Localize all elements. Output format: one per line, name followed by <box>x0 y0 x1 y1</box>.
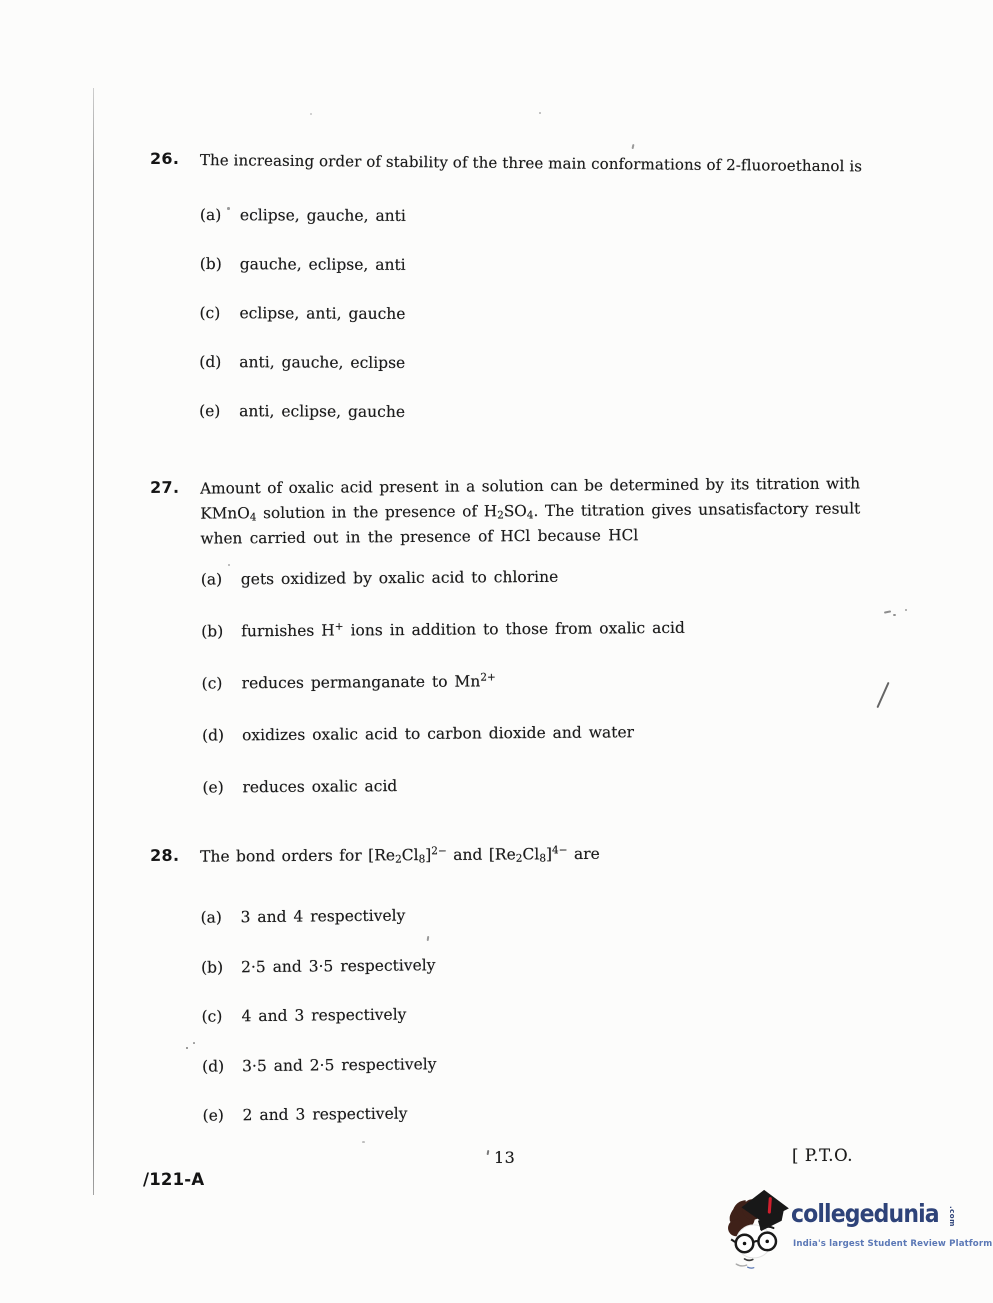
options-list: (a) eclipse, gauche, anti (b) gauche, ec… <box>199 205 406 451</box>
option-row: (b) furnishes H+ ions in addition to tho… <box>201 617 685 643</box>
option-text: gets oxidized by oxalic acid to chlorine <box>241 566 559 590</box>
mascot-icon <box>727 1186 793 1270</box>
option-label: (b) <box>200 254 240 275</box>
option-text: eclipse, anti, gauche <box>239 303 405 325</box>
scan-speck <box>186 1047 188 1049</box>
option-row: (c) reduces permanganate to Mn2+ <box>202 669 686 695</box>
option-label: (a) <box>200 907 240 928</box>
scan-speck <box>193 1042 195 1044</box>
question-text: The increasing order of stability of the… <box>200 148 910 180</box>
option-label: (e) <box>203 1105 243 1126</box>
options-list: (a) gets oxidized by oxalic acid to chlo… <box>201 565 687 829</box>
option-row: (e) reduces oxalic acid <box>202 773 686 799</box>
page-number: 13 <box>494 1148 515 1167</box>
option-label: (b) <box>201 620 241 642</box>
option-text: 3·5 and 2·5 respectively <box>242 1054 437 1077</box>
option-text: gauche, eclipse, anti <box>240 254 406 276</box>
scan-speck <box>310 113 312 115</box>
option-text: anti, gauche, eclipse <box>239 352 405 374</box>
option-row: (e) anti, eclipse, gauche <box>199 401 405 423</box>
scan-fold-line <box>93 88 94 1195</box>
option-text: 4 and 3 respectively <box>241 1004 406 1027</box>
scan-speck <box>227 207 230 210</box>
option-text: reduces oxalic acid <box>242 775 397 798</box>
logo-domain-suffix: .com <box>948 1206 956 1227</box>
scan-speck <box>539 112 541 114</box>
option-row: (d) anti, gauche, eclipse <box>199 352 405 374</box>
scan-speck <box>893 614 896 616</box>
scan-speck <box>362 1141 365 1143</box>
option-row: (a) 3 and 4 respectively <box>200 905 435 928</box>
option-text: 3 and 4 respectively <box>240 906 405 929</box>
question-number: 28. <box>150 846 179 865</box>
option-label: (b) <box>201 957 241 978</box>
option-text: 2·5 and 3·5 respectively <box>241 955 436 978</box>
option-row: (c) 4 and 3 respectively <box>201 1004 436 1027</box>
logo-tagline: India's largest Student Review Platform <box>793 1239 992 1249</box>
option-row: (b) gauche, eclipse, anti <box>200 254 406 276</box>
scan-speck <box>884 610 891 613</box>
option-row: (e) 2 and 3 respectively <box>203 1103 438 1126</box>
option-label: (d) <box>202 724 242 746</box>
option-label: (c) <box>199 303 239 324</box>
option-row: (d) oxidizes oxalic acid to carbon dioxi… <box>202 721 686 747</box>
option-text: furnishes H+ ions in addition to those f… <box>241 617 685 642</box>
option-row: (b) 2·5 and 3·5 respectively <box>201 955 436 978</box>
question-27: 27. Amount of oxalic acid present in a s… <box>150 471 931 552</box>
question-text-line: when carried out in the presence of HCl … <box>200 521 860 551</box>
scan-speck <box>228 564 230 566</box>
question-text-line: KMnO4 solution in the presence of H2SO4.… <box>200 496 860 526</box>
scan-speck <box>905 609 907 611</box>
option-label: (c) <box>202 672 242 694</box>
question-text: The bond orders for [Re2Cl8]2− and [Re2C… <box>200 841 790 870</box>
paper-code: /121-A <box>143 1170 204 1189</box>
pto-label: [ P.T.O. <box>792 1146 853 1165</box>
logo-brand-text: collegedunia <box>791 1199 939 1228</box>
question-28: 28. The bond orders for [Re2Cl8]2− and [… <box>150 841 790 870</box>
option-text: reduces permanganate to Mn2+ <box>242 670 496 694</box>
option-label: (e) <box>202 776 242 798</box>
option-text: anti, eclipse, gauche <box>239 401 405 423</box>
option-row: (a) gets oxidized by oxalic acid to chlo… <box>201 565 685 591</box>
option-label: (c) <box>201 1006 241 1027</box>
option-row: (a) eclipse, gauche, anti <box>200 205 406 227</box>
option-row: (c) eclipse, anti, gauche <box>199 303 405 325</box>
scan-stray-stroke <box>876 682 889 708</box>
question-text: Amount of oxalic acid present in a solut… <box>200 471 861 551</box>
option-label: (d) <box>202 1056 242 1077</box>
options-list: (a) 3 and 4 respectively (b) 2·5 and 3·5… <box>200 905 437 1155</box>
option-label: (d) <box>199 352 239 373</box>
question-number: 27. <box>150 478 179 497</box>
question-number: 26. <box>150 149 179 168</box>
option-label: (a) <box>200 205 240 226</box>
option-label: (a) <box>201 568 241 590</box>
option-text: oxidizes oxalic acid to carbon dioxide a… <box>242 721 634 746</box>
option-label: (e) <box>199 401 239 422</box>
option-row: (d) 3·5 and 2·5 respectively <box>202 1054 437 1077</box>
collegedunia-logo: collegedunia .com India's largest Studen… <box>727 1186 989 1274</box>
exam-paper-page: 26. The increasing order of stability of… <box>0 0 993 1303</box>
option-text: 2 and 3 respectively <box>243 1103 408 1126</box>
option-text: eclipse, gauche, anti <box>240 205 406 227</box>
question-26: 26. The increasing order of stability of… <box>150 148 910 173</box>
scan-speck <box>487 1150 489 1155</box>
